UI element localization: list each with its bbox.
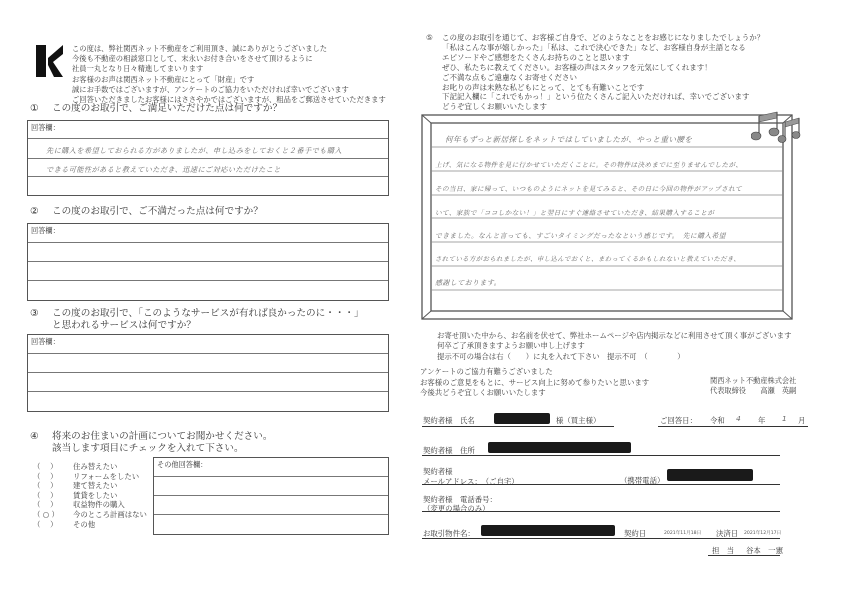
question-text-cont: と思われるサービスは何ですか？ <box>52 320 196 332</box>
email-label-home: メールアドレス： （ご自宅） <box>423 476 519 487</box>
question-5: ⑤この度のお取引を通じて、お客様ご自身で、どのようなことをお感じになりましたでし… <box>426 33 764 112</box>
q5-line: どうぞ宜しくお願いいたします <box>426 102 764 112</box>
thanks-message: アンケートのご協力有難うございました お客様のご意見をもとに、サービス向上に努め… <box>420 367 649 399</box>
question-number: ③ <box>30 308 52 320</box>
question-number: ② <box>30 206 52 218</box>
redacted-name <box>494 413 550 424</box>
checkbox-parens[interactable]: （ ） <box>33 462 73 472</box>
thanks-line: 今後共どうぞ宜しくお願いいたします <box>420 388 649 399</box>
intro-text: この度は、弊社関西ネット不動産をご利用頂き、誠にありがとうございました 今後も不… <box>72 44 386 105</box>
plan-option[interactable]: （ ）賃貸をしたい <box>33 491 147 501</box>
plan-option[interactable]: （ ）リフォームをしたい <box>33 472 147 482</box>
company-name: 関西ネット不動産株式会社 <box>710 376 796 386</box>
question-text: この度のお取引で、ご不満だった点は何ですか？ <box>52 206 263 217</box>
consent-line[interactable]: 提示不可の場合は右（ ）に丸を入れて下さい 提示不可 （ ） <box>437 352 791 362</box>
question-text: この度のお取引で、「このようなサービスが有れば良かったのに・・・」 <box>52 308 364 319</box>
answer-label: 回答欄： <box>31 337 60 347</box>
q1-answer-box[interactable]: 回答欄： 先に購入を希望しておられる方がありましたが、申し込みをしておくと２番手… <box>27 120 389 196</box>
company-signature: 関西ネット不動産株式会社 代表取締役 高瀬 英嗣 <box>710 376 796 397</box>
representative: 代表取締役 高瀬 英嗣 <box>710 386 796 396</box>
question-number: ① <box>30 103 52 115</box>
question-1: ①この度のお取引で、ご満足いただけた点は何ですか？ <box>30 103 282 115</box>
question-text-cont: 該当します項目にチェックを入れて下さい。 <box>52 443 244 455</box>
answer-date-label: ご回答日： <box>660 415 697 426</box>
question-text: この度のお取引で、ご満足いただけた点は何ですか？ <box>52 103 282 114</box>
answer-label: 回答欄： <box>31 123 60 133</box>
music-notes-icon <box>751 110 803 144</box>
handwritten-answer-line: 上げ、気になる物件を見に行かせていただくことに。その物件は決めまでに至りませんで… <box>435 159 742 169</box>
year-unit: 年 <box>758 415 765 426</box>
handwritten-answer-line: いて、家族で「ココしかない！」と翌日にすぐ連絡させていただき、結果購入することが <box>435 207 714 217</box>
handwritten-answer-line: できました。なんと言っても、すごいタイミングだったなという感じです。 先に購入希… <box>435 230 726 240</box>
plan-option-label: 収益物件の購入 <box>73 500 125 509</box>
plan-option[interactable]: （ ）その他 <box>33 520 147 530</box>
handwritten-answer-line: 先に購入を希望しておられる方がありましたが、申し込みをしておくと２番手でも購入 <box>46 146 342 156</box>
thanks-line: お客様のご意見をもとに、サービス向上に努めて参りたいと思います <box>420 378 649 389</box>
question-4: ④将来のお住まいの計画についてお聞かせください。 <box>30 431 272 443</box>
era-label: 令和 <box>710 415 725 426</box>
handwritten-answer-line: その当日、家に帰って、いつものようにネットを見てみると、その日に今回の物件がアッ… <box>435 183 742 193</box>
handwritten-answer-line: できる可能性があると教えていただき、迅速にご対応いただけたこと <box>46 165 281 175</box>
q5-line: 下記記入欄に「これでもかっ！」という位たくさんご記入いただければ、幸いでございま… <box>426 92 764 102</box>
name-suffix: 様（買主様） <box>556 415 600 426</box>
plan-option-label: 今のところ計画はない <box>73 510 147 519</box>
name-label: 契約者様 氏名 <box>423 415 475 426</box>
publication-consent: お寄せ頂いた中から、お名前を伏せて、弊社ホームページや店内掲示などに利用させて頂… <box>437 331 791 362</box>
plan-option-label: 建て替えたい <box>73 481 117 490</box>
q5-line: 「私はこんな事が嬉しかった」「私は、これで決心できた」など、お客様自身が主語とな… <box>426 43 764 53</box>
plan-option-label: その他 <box>73 520 95 529</box>
q2-answer-box[interactable]: 回答欄： <box>27 223 389 301</box>
q3-answer-box[interactable]: 回答欄： <box>27 334 389 412</box>
q5-line: ご不満な点もご遠慮なくお寄せください <box>426 73 764 83</box>
answer-month[interactable]: 1 <box>782 414 787 423</box>
handwritten-answer-line: されている方がおられましたが、申し込んでおくと、まわってくるかもしれないと教えて… <box>435 254 740 263</box>
q5-answer-frame[interactable]: 何年もずっと新居探しをネットではしていましたが、やっと重い腰を 上げ、気になる物… <box>421 114 793 320</box>
question-2: ②この度のお取引で、ご不満だった点は何ですか？ <box>30 206 263 218</box>
intro-line: 社員一丸となり日々精進してまいります <box>72 64 386 74</box>
redacted-property <box>481 525 615 536</box>
consent-line: お寄せ頂いた中から、お名前を伏せて、弊社ホームページや店内掲示などに利用させて頂… <box>437 331 791 341</box>
q5-line: この度のお取引を通じて、お客様ご自身で、どのようなことをお感じになりましたでしょ… <box>442 33 764 42</box>
intro-line: 誠にお手数ではございますが、アンケートのご協力をいただければ幸いでございます <box>72 85 386 95</box>
answer-year[interactable]: 4 <box>736 414 741 423</box>
consent-line: 何卒ご了承頂きますようお願い申し上げます <box>437 341 791 351</box>
plan-option-label: 住み替えたい <box>73 462 117 471</box>
q5-line: お叱りの声は未熟な私どもにとって、とても有難いことです <box>426 83 764 93</box>
plan-option[interactable]: （ ）住み替えたい <box>33 462 147 472</box>
thanks-line: アンケートのご協力有難うございました <box>420 367 649 378</box>
settlement-date: 2021年12月17日 <box>744 530 781 536</box>
contract-date: 2021年11月18日 <box>664 530 701 536</box>
q4-other-answer-box[interactable]: その他回答欄： <box>153 457 389 535</box>
answer-label: 回答欄： <box>31 226 60 236</box>
question-text: 将来のお住まいの計画についてお聞かせください。 <box>52 431 272 442</box>
plan-option[interactable]: （ ）収益物件の購入 <box>33 500 147 510</box>
checkbox-parens[interactable]: （ ） <box>33 520 73 530</box>
plan-checklist: （ ）住み替えたい（ ）リフォームをしたい（ ）建て替えたい（ ）賃貸をしたい（… <box>33 462 147 529</box>
redacted-address <box>488 442 631 453</box>
intro-line: この度は、弊社関西ネット不動産をご利用頂き、誠にありがとうございました <box>72 44 386 54</box>
q5-line: ぜひ、私たちに教えてください。お客様の声はスタッフを元気にしてくれます！ <box>426 63 764 73</box>
month-unit: 月 <box>798 415 805 426</box>
checkbox-parens[interactable]: （ ） <box>33 491 73 501</box>
plan-option-label: 賃貸をしたい <box>73 491 117 500</box>
intro-line: お客様のお声は関西ネット不動産にとって「財産」です <box>72 75 386 85</box>
handwritten-answer-line: 何年もずっと新居探しをネットではしていましたが、やっと重い腰を <box>445 134 692 145</box>
question-number: ④ <box>30 431 52 443</box>
checkbox-parens[interactable]: （ ） <box>33 472 73 482</box>
plan-option-label: リフォームをしたい <box>73 472 139 481</box>
checked-circle-icon[interactable]: （ ○ ） <box>33 510 73 520</box>
redacted-mobile <box>667 469 753 481</box>
question-number: ⑤ <box>426 33 442 43</box>
question-3: ③この度のお取引で、「このようなサービスが有れば良かったのに・・・」 <box>30 308 364 320</box>
phone-label-note: （変更の場合のみ） <box>423 503 490 514</box>
company-logo-icon <box>36 45 64 77</box>
q5-line: エピソードやご感想をたくさんお持ちのことと思います <box>426 53 764 63</box>
intro-line: 今後も不動産の相談窓口として、末永いお付き合いをさせて頂けるように <box>72 54 386 64</box>
checkbox-parens[interactable]: （ ） <box>33 500 73 510</box>
other-answer-label: その他回答欄： <box>157 460 207 470</box>
plan-option[interactable]: （ ）建て替えたい <box>33 481 147 491</box>
handwritten-answer-line: 感謝しております。 <box>435 278 501 288</box>
checkbox-parens[interactable]: （ ） <box>33 481 73 491</box>
plan-option[interactable]: （ ○ ）今のところ計画はない <box>33 510 147 520</box>
